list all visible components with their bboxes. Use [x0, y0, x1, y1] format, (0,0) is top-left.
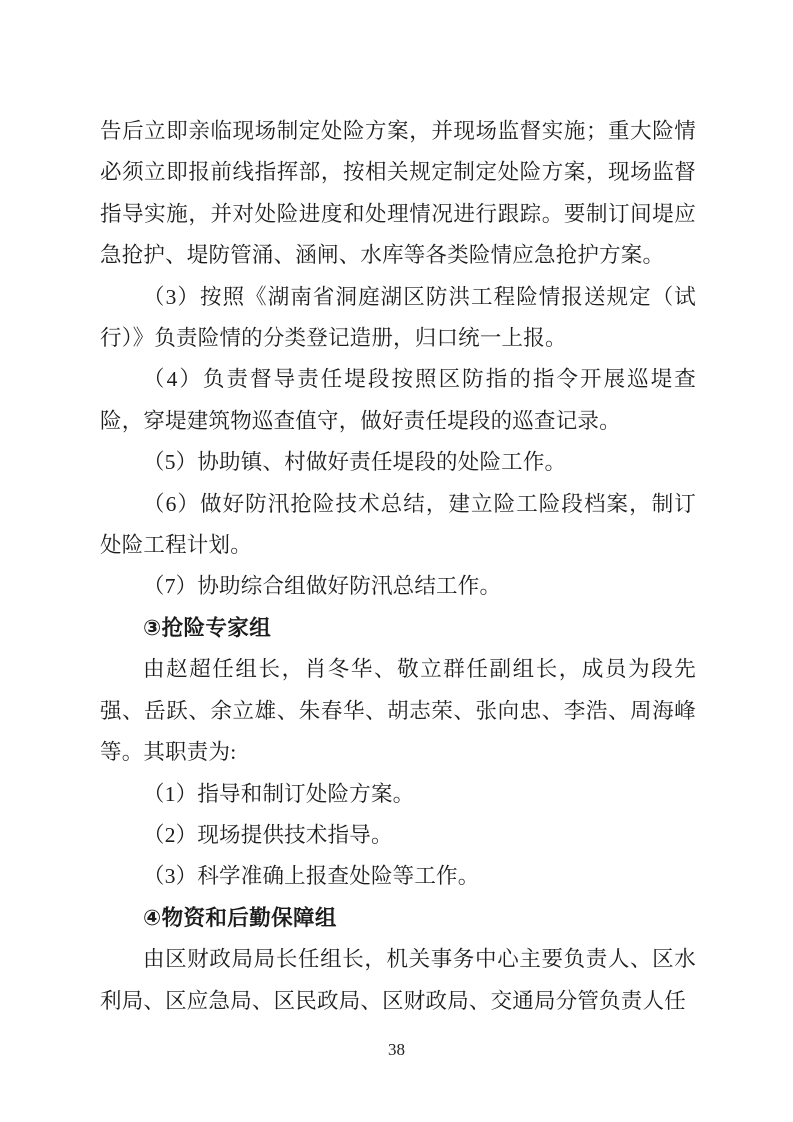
- paragraph: （3）按照《湖南省洞庭湖区防洪工程险情报送规定（试行）》负责险情的分类登记造册，…: [100, 277, 696, 360]
- page-body-text: 告后立即亲临现场制定处险方案，并现场监督实施；重大险情必须立即报前线指挥部，按相…: [100, 111, 696, 1022]
- section-heading-logistics-group: ④物资和后勤保障组: [100, 898, 696, 939]
- paragraph: （7）协助综合组做好防汛总结工作。: [100, 566, 696, 607]
- document-page: 告后立即亲临现场制定处险方案，并现场监督实施；重大险情必须立即报前线指挥部，按相…: [0, 0, 793, 1122]
- paragraph: 由区财政局局长任组长，机关事务中心主要负责人、区水利局、区应急局、区民政局、区财…: [100, 939, 696, 1022]
- paragraph: （5）协助镇、村做好责任堤段的处险工作。: [100, 442, 696, 483]
- paragraph: （6）做好防汛抢险技术总结，建立险工险段档案，制订处险工程计划。: [100, 484, 696, 567]
- section-heading-rescue-expert-group: ③抢险专家组: [100, 608, 696, 649]
- paragraph: 告后立即亲临现场制定处险方案，并现场监督实施；重大险情必须立即报前线指挥部，按相…: [100, 111, 696, 277]
- paragraph: （4）负责督导责任堤段按照区防指的指令开展巡堤查险，穿堤建筑物巡查值守，做好责任…: [100, 359, 696, 442]
- paragraph: （3）科学准确上报查处险等工作。: [100, 856, 696, 897]
- page-number: 38: [0, 1040, 793, 1060]
- paragraph: （1）指导和制订处险方案。: [100, 774, 696, 815]
- paragraph: （2）现场提供技术指导。: [100, 815, 696, 856]
- paragraph: 由赵超任组长，肖冬华、敬立群任副组长，成员为段先强、岳跃、余立雄、朱春华、胡志荣…: [100, 649, 696, 773]
